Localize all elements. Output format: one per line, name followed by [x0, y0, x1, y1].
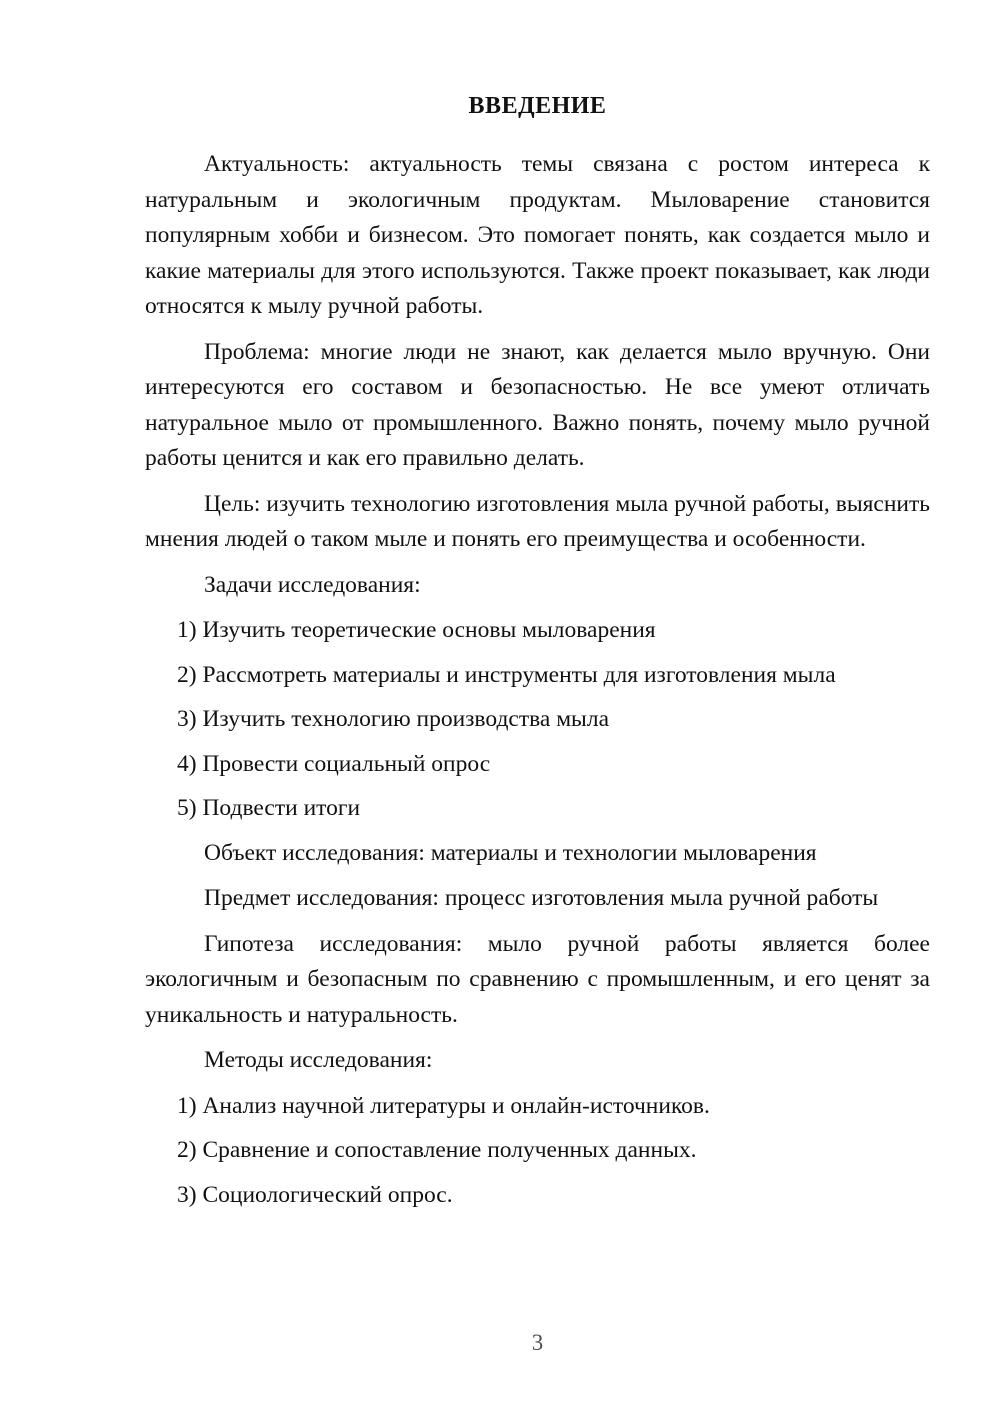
methods-header: Методы исследования: [145, 1043, 930, 1079]
paragraph-problem: Проблема: многие люди не знают, как дела… [145, 335, 930, 477]
task-item-5: 5) Подвести итоги [145, 791, 930, 827]
tasks-header: Задачи исследования: [145, 568, 930, 604]
method-item-1: 1) Анализ научной литературы и онлайн-ис… [145, 1089, 930, 1125]
paragraph-subject: Предмет исследования: процесс изготовлен… [145, 881, 930, 917]
page-number: 3 [145, 1326, 930, 1360]
task-item-2: 2) Рассмотреть материалы и инструменты д… [145, 658, 930, 694]
task-item-1: 1) Изучить теоретические основы мыловаре… [145, 613, 930, 649]
paragraph-relevance: Актуальность: актуальность темы связана … [145, 147, 930, 325]
paragraph-hypothesis: Гипотеза исследования: мыло ручной работ… [145, 927, 930, 1034]
task-item-3: 3) Изучить технологию производства мыла [145, 702, 930, 738]
method-item-3: 3) Социологический опрос. [145, 1178, 930, 1214]
document-page: ВВЕДЕНИЕ Актуальность: актуальность темы… [0, 0, 1000, 1414]
paragraph-object: Объект исследования: материалы и техноло… [145, 836, 930, 872]
page-title: ВВЕДЕНИЕ [145, 88, 930, 124]
paragraph-goal: Цель: изучить технологию изготовления мы… [145, 487, 930, 558]
text-block: ВВЕДЕНИЕ Актуальность: актуальность темы… [145, 88, 930, 1222]
task-item-4: 4) Провести социальный опрос [145, 747, 930, 783]
method-item-2: 2) Сравнение и сопоставление полученных … [145, 1133, 930, 1169]
